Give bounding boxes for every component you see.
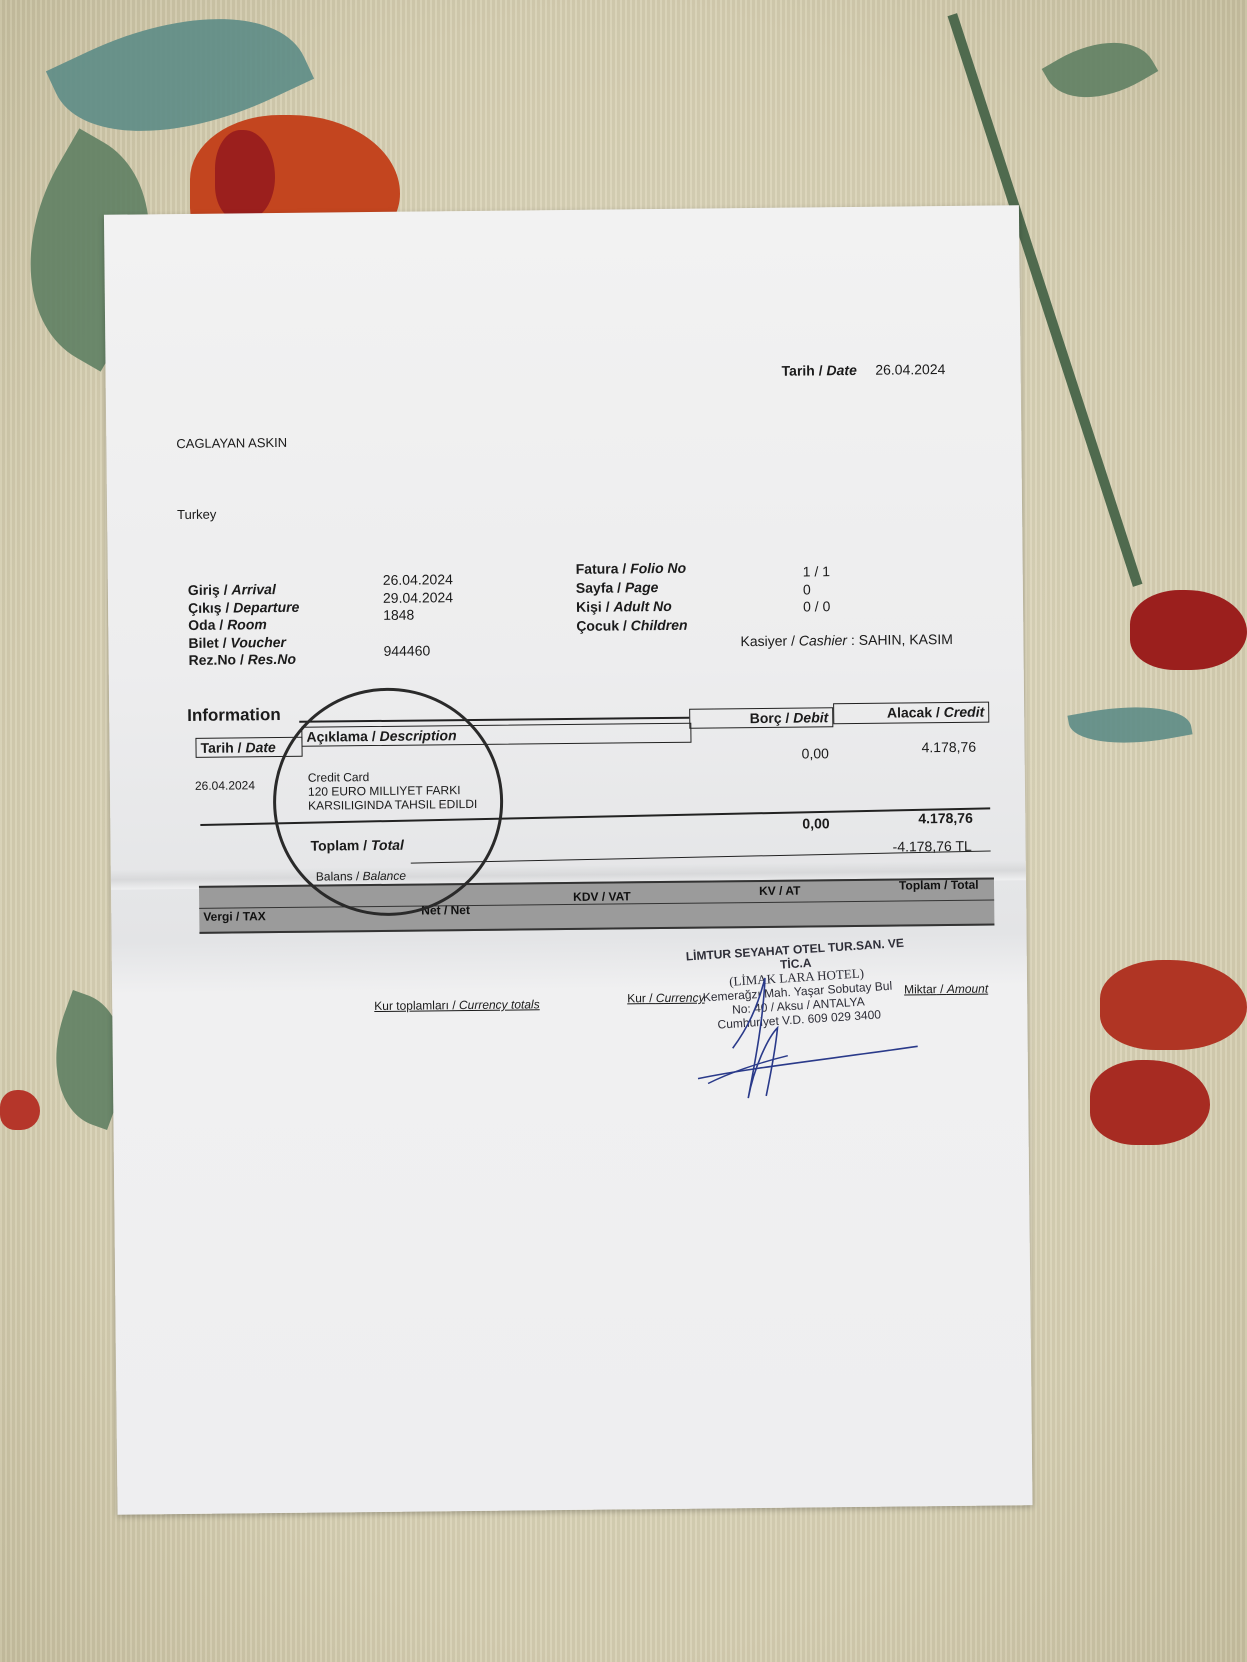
row-credit: 4.178,76	[921, 739, 976, 756]
room-value: 1848	[383, 606, 453, 624]
page-label: Sayfa / Page	[576, 578, 687, 598]
fabric-flower-decoration	[1130, 590, 1247, 670]
row-debit: 0,00	[802, 745, 829, 761]
departure-value: 29.04.2024	[383, 589, 453, 607]
hotel-folio-receipt: Tarih / Date 26.04.2024 CAGLAYAN ASKIN T…	[104, 205, 1033, 1515]
adult-no-value: 0 / 0	[803, 598, 830, 616]
arrival-label: Giriş / Arrival	[188, 581, 299, 600]
fabric-flower-decoration	[0, 1090, 40, 1130]
folio-no-label: Fatura / Folio No	[576, 559, 687, 579]
children-label: Çocuk / Children	[576, 616, 687, 636]
tax-total-label: Toplam / Total	[899, 878, 979, 893]
stay-values: 26.04.2024 29.04.2024 1848 944460	[383, 571, 454, 660]
at-label: KV / AT	[759, 884, 800, 898]
document-date-value: 26.04.2024	[875, 361, 945, 378]
res-no-label: Rez.No / Res.No	[189, 651, 300, 670]
stay-labels: Giriş / Arrival Çıkış / Departure Oda / …	[188, 581, 300, 670]
arrival-value: 26.04.2024	[383, 571, 453, 589]
currency-totals-label: Kur toplamları / Currency totals	[374, 997, 540, 1013]
fabric-leaf-decoration	[1042, 19, 1159, 121]
row-date: 26.04.2024	[195, 778, 255, 793]
total-credit: 4.178,76	[918, 810, 973, 827]
folio-no-value: 1 / 1	[803, 563, 830, 581]
fabric-flower-decoration	[215, 130, 275, 220]
fabric-flower-decoration	[1100, 960, 1247, 1050]
cashier-name: SAHIN, KASIM	[859, 631, 953, 648]
document-date: Tarih / Date 26.04.2024	[782, 361, 946, 381]
fabric-flower-decoration	[1090, 1060, 1210, 1145]
guest-country: Turkey	[177, 507, 216, 522]
adult-no-label: Kişi / Adult No	[576, 597, 687, 617]
departure-label: Çıkış / Departure	[188, 598, 299, 617]
guest-name: CAGLAYAN ASKIN	[176, 435, 287, 451]
room-label: Oda / Room	[188, 616, 299, 635]
folio-labels: Fatura / Folio No Sayfa / Page Kişi / Ad…	[576, 559, 688, 636]
folio-values: 1 / 1 0 0 / 0	[803, 563, 831, 616]
fabric-leaf-decoration	[1067, 695, 1192, 755]
column-header-credit: Alacak / Credit	[833, 702, 989, 725]
total-debit: 0,00	[802, 815, 829, 831]
column-header-debit: Borç / Debit	[689, 707, 833, 729]
vat-label: KDV / VAT	[573, 889, 631, 904]
tax-label: Vergi / TAX	[203, 909, 266, 924]
information-title: Information	[187, 705, 281, 726]
signature	[687, 966, 928, 1109]
res-no-value: 944460	[383, 642, 453, 660]
voucher-label: Bilet / Voucher	[188, 633, 299, 652]
cashier: Kasiyer / Cashier : SAHIN, KASIM	[740, 631, 953, 649]
page-value: 0	[803, 581, 830, 599]
